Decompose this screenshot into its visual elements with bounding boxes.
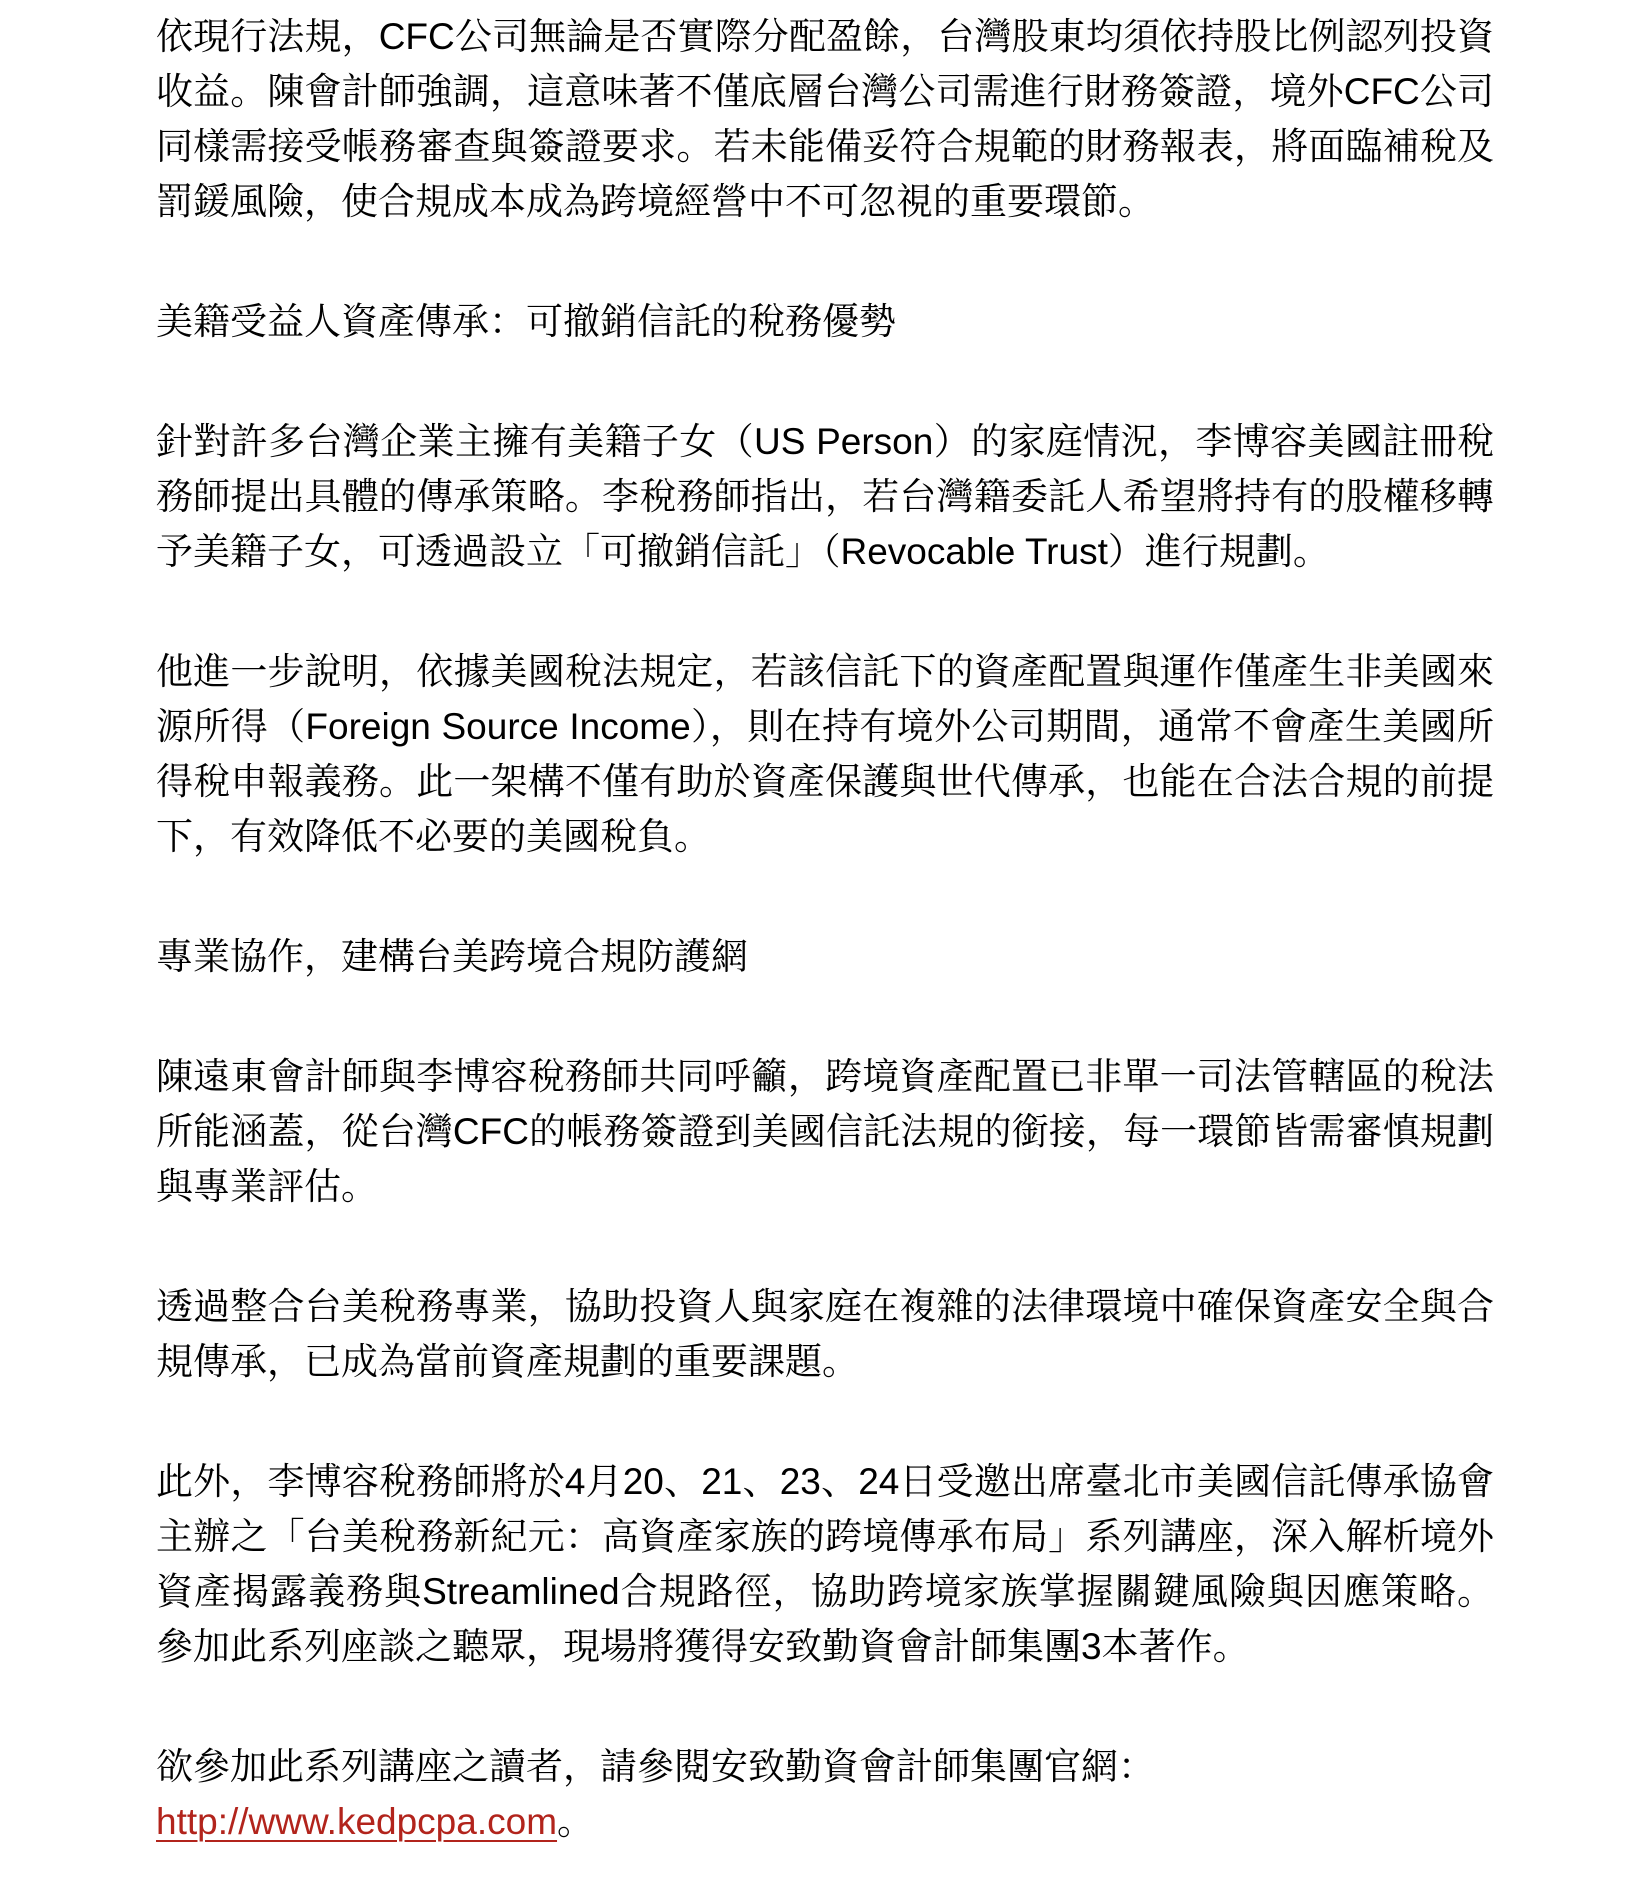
paragraph-joint-appeal: 陳遠東會計師與李博容稅務師共同呼籲，跨境資產配置已非單一司法管轄區的稅法所能涵蓋… [156,1049,1494,1214]
section-heading-us-beneficiary-trust: 美籍受益人資產傳承：可撤銷信託的稅務優勢 [156,294,1494,349]
section-heading-professional-collaboration: 專業協作，建構台美跨境合規防護網 [156,929,1494,984]
website-link[interactable]: http://www.kedpcpa.com [156,1801,557,1842]
document-body: 依現行法規，CFC公司無論是否實際分配盈餘，台灣股東均須依持股比例認列投資收益。… [156,0,1494,1849]
paragraph-foreign-source-income: 他進一步說明，依據美國稅法規定，若該信託下的資產配置與運作僅產生非美國來源所得（… [156,644,1494,864]
paragraph-cfc-regulation: 依現行法規，CFC公司無論是否實際分配盈餘，台灣股東均須依持股比例認列投資收益。… [156,9,1494,229]
paragraph-website-reference: 欲參加此系列講座之讀者，請參閱安致勤資會計師集團官網： http://www.k… [156,1739,1494,1849]
website-reference-text: 欲參加此系列講座之讀者，請參閱安致勤資會計師集團官網： [156,1746,1155,1787]
paragraph-seminar-announcement: 此外，李博容稅務師將於4月20、21、23、24日受邀出席臺北市美國信託傳承協會… [156,1454,1494,1674]
paragraph-integrated-tax-expertise: 透過整合台美稅務專業，協助投資人與家庭在複雜的法律環境中確保資產安全與合規傳承，… [156,1279,1494,1389]
paragraph-revocable-trust-strategy: 針對許多台灣企業主擁有美籍子女（US Person）的家庭情況，李博容美國註冊稅… [156,414,1494,579]
website-reference-period: 。 [557,1801,594,1842]
